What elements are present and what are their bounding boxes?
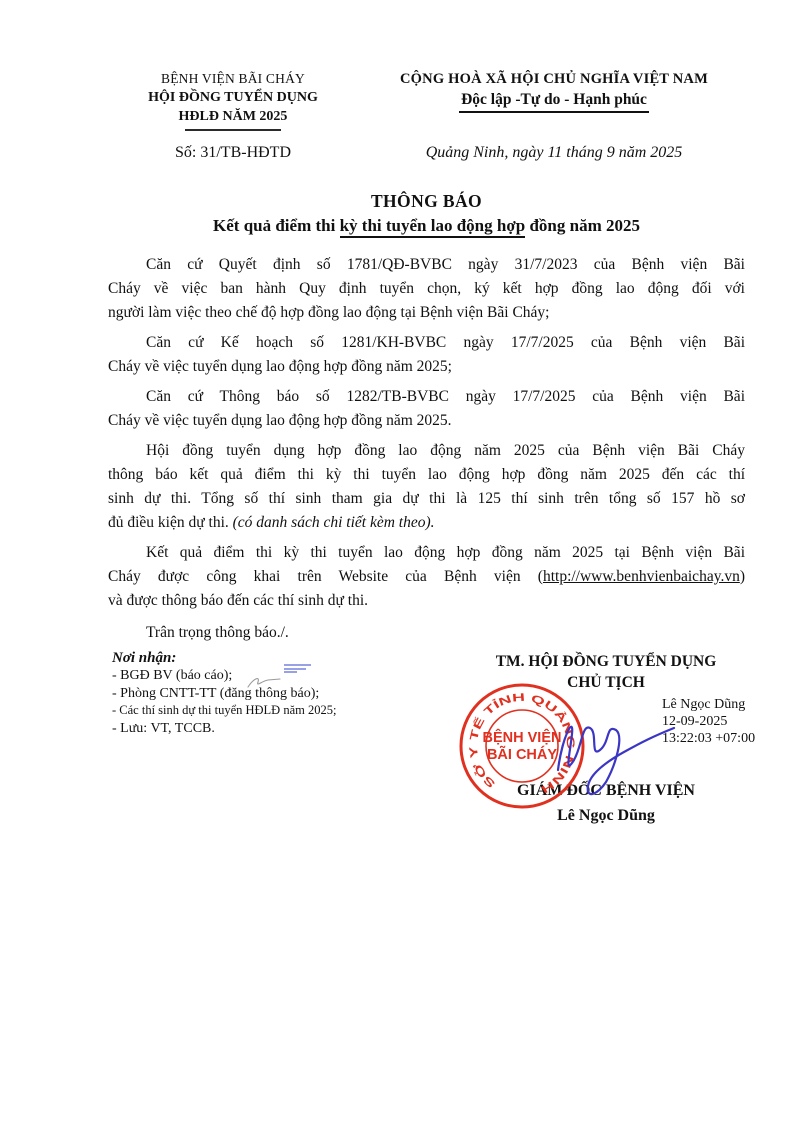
- recipient-item: - Lưu: VT, TCCB.: [112, 720, 382, 738]
- signer-digital-name: Lê Ngọc Dũng: [662, 696, 792, 713]
- digital-signature-microtext: [284, 664, 312, 675]
- signature-footer: Nơi nhận: - BGĐ BV (báo cáo); - Phòng CN…: [0, 0, 800, 1131]
- recipients-block: Nơi nhận: - BGĐ BV (báo cáo); - Phòng CN…: [112, 650, 382, 737]
- handwritten-signature: [528, 698, 678, 808]
- document-page: BỆNH VIỆN BÃI CHÁY HỘI ĐỒNG TUYỂN DỤNG H…: [0, 0, 800, 1131]
- microtext-line: [284, 671, 297, 673]
- microtext-line: [284, 668, 306, 670]
- signature-date: 12-09-2025: [662, 713, 792, 730]
- pencil-initials-mark: [246, 674, 284, 692]
- digital-signature-info: Lê Ngọc Dũng 12-09-2025 13:22:03 +07:00: [662, 696, 792, 747]
- microtext-line: [284, 664, 311, 666]
- on-behalf-line: TM. HỘI ĐỒNG TUYỂN DỤNG: [460, 653, 752, 671]
- signature-time: 13:22:03 +07:00: [662, 730, 792, 747]
- recipients-label: Nơi nhận:: [112, 650, 382, 667]
- recipient-item: - Các thí sinh dự thi tuyển HĐLĐ năm 202…: [112, 702, 382, 720]
